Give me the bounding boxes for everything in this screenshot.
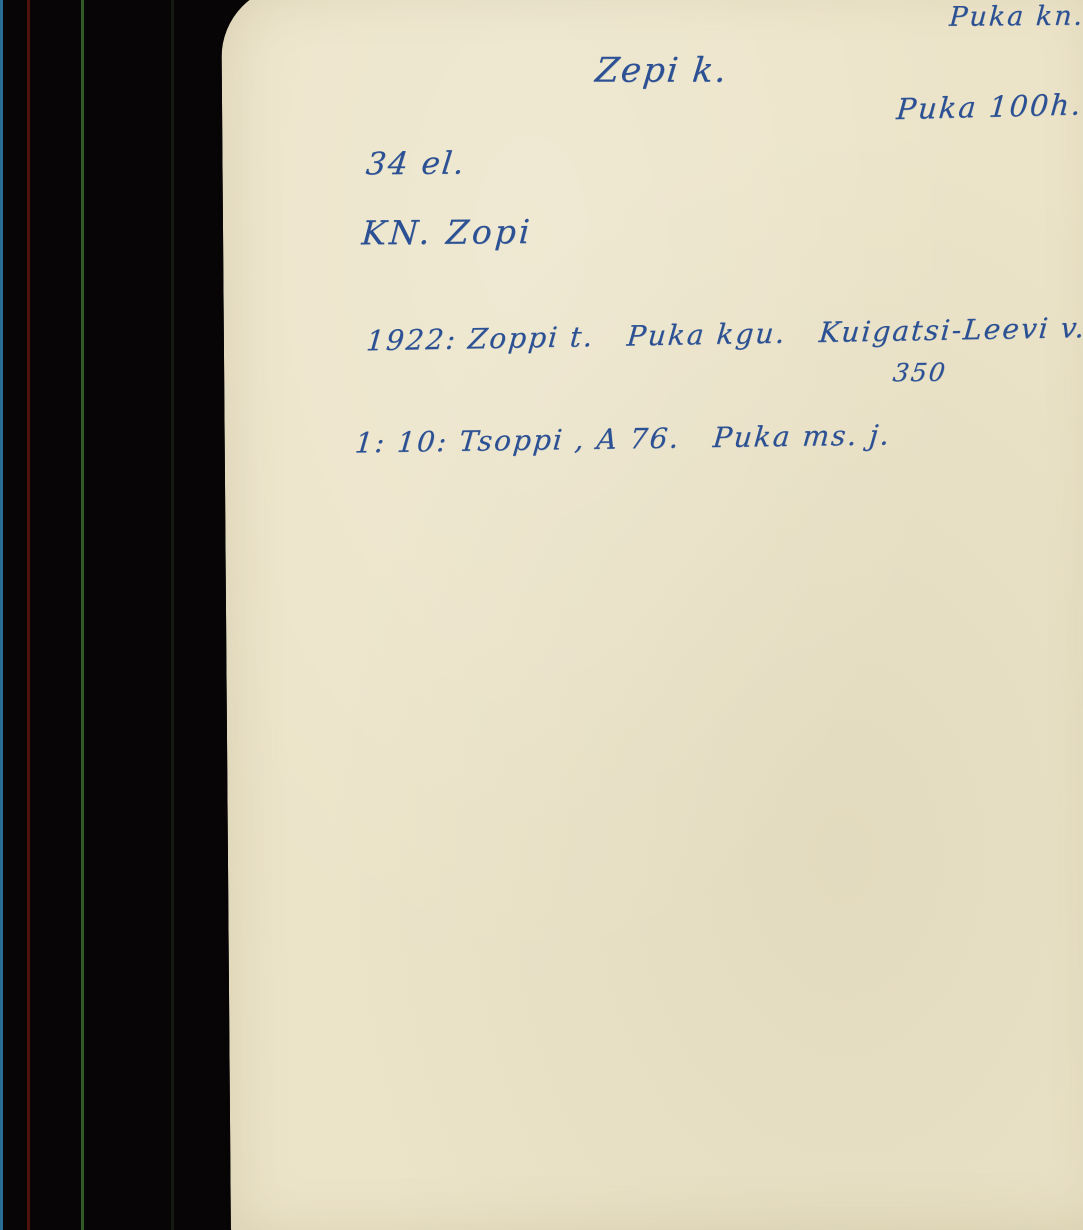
population-note: 34 el.	[364, 146, 468, 183]
paper-index-card: Puka kn. Zepi k. Puka 100h. 34 el. KN. Z…	[221, 0, 1083, 1230]
corner-note: Puka kn.	[948, 1, 1083, 33]
right-note: Puka 100h.	[895, 87, 1083, 126]
card-heading: Zepi k.	[593, 51, 730, 91]
scanned-index-card-page: Puka kn. Zepi k. Puka 100h. 34 el. KN. Z…	[0, 0, 1083, 1230]
red-edge-line	[27, 0, 30, 1230]
entry-1922-line: 1922: Zoppi t. Puka kgu. Kuigatsi-Leevi …	[365, 311, 1083, 357]
normalized-name-line: KN. Zopi	[360, 212, 533, 252]
blue-edge-line	[0, 0, 3, 1230]
entry-1922-page-number: 350	[891, 358, 949, 387]
faint-edge-line	[171, 0, 174, 1230]
entry-1-10-line: 1: 10: Tsoppi , A 76. Puka ms. j.	[354, 418, 893, 459]
green-edge-line	[81, 0, 84, 1230]
